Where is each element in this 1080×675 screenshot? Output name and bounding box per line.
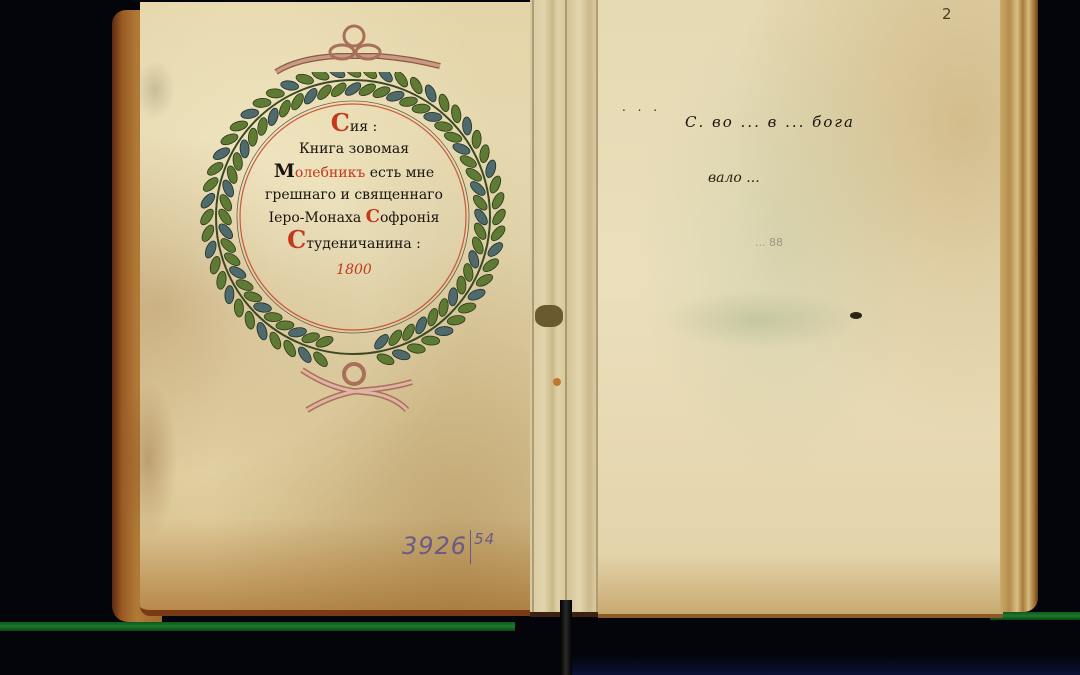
inscription-line-6: Студеничанина : <box>240 229 468 255</box>
red-word: олебникъ <box>295 165 365 181</box>
inscription-line-2: Книга зовомая <box>240 138 468 160</box>
photograph: Сия : Книга зовомая Молебникъ есть мне г… <box>0 0 1080 675</box>
green-table-edge-left <box>0 622 515 631</box>
shelfmark-sub: 54 <box>474 530 495 548</box>
faded-stamp: ... 88 <box>755 236 783 249</box>
divider <box>470 530 471 564</box>
year: 1800 <box>240 259 468 281</box>
fold-line <box>532 0 534 612</box>
inscription-text: офронiя <box>380 210 439 226</box>
marginal-dots: . . . <box>622 100 661 114</box>
page-number: 2 <box>942 5 952 23</box>
spot <box>553 378 561 386</box>
bleed-through <box>660 290 860 350</box>
inscription-line-5: Iеро-Монаха Софронiя <box>240 206 468 229</box>
ribbon-bow-bottom-icon <box>292 360 422 420</box>
page-block-edges <box>1000 0 1038 612</box>
inscription-line-3: Молебникъ есть мне <box>240 160 468 184</box>
inscription-text: Iеро-Монаха <box>269 210 366 226</box>
marginal-note-2: вало ... <box>708 170 760 186</box>
inscription-text: Книга зовомая <box>299 141 409 157</box>
title-inscription: Сия : Книга зовомая Молебникъ есть мне г… <box>240 112 468 312</box>
inscription-text: туденичанина : <box>306 236 421 252</box>
inscription-text: ия : <box>350 119 377 135</box>
marginal-note-1: С. во ... в ... бога <box>685 113 855 131</box>
stain <box>118 380 178 540</box>
spine-shadow <box>560 600 572 675</box>
inscription-line-4: грешнаго и священнаго <box>240 184 468 206</box>
stain <box>135 60 175 120</box>
inscription-text: есть мне <box>365 165 434 181</box>
ink-blot <box>535 305 563 327</box>
shelfmark-number: 3926 <box>402 532 467 560</box>
initial: М <box>274 160 295 182</box>
green-table-edge-right <box>990 612 1080 620</box>
red-initial: С <box>331 108 350 137</box>
red-initial: С <box>366 206 380 227</box>
shelfmark: 392654 <box>402 530 495 564</box>
inscription-text: грешнаго и священнаго <box>265 187 443 203</box>
ribbon-bow-top-icon <box>268 18 448 78</box>
background-shadow <box>560 655 1080 675</box>
fold-line <box>565 0 567 612</box>
red-initial: С <box>287 225 306 254</box>
inscription-line-1: Сия : <box>240 112 468 138</box>
